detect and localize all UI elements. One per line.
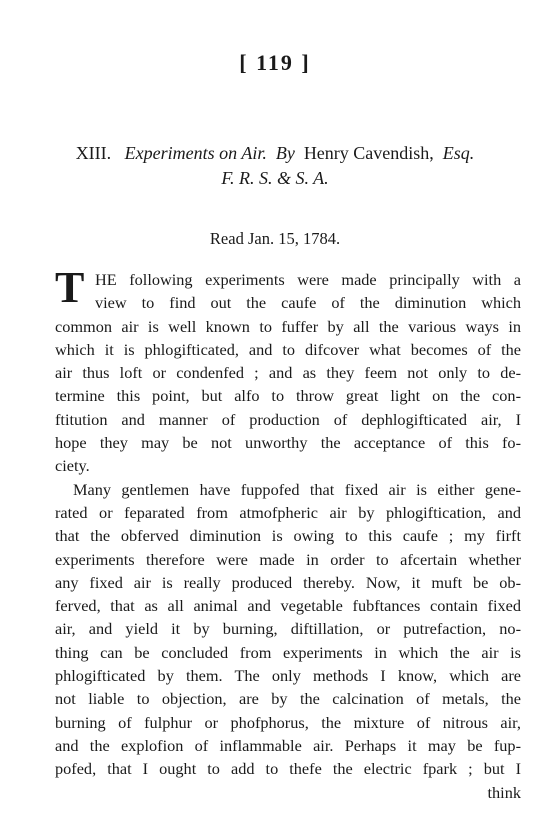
article-title: Experiments on Air.: [125, 143, 267, 163]
text-line: hope they may be not unworthy the accept…: [55, 431, 521, 454]
text-line: HE following experiments were made princ…: [55, 268, 521, 291]
text-line: air thus loft or condenfed ; and as they…: [55, 361, 521, 384]
text-line: thing can be concluded from experiments …: [55, 641, 521, 664]
text-line: view to find out the caufe of the diminu…: [55, 291, 521, 314]
body-text: HE following experiments were made princ…: [55, 268, 521, 804]
text-line: ferved, that as all animal and vegetable…: [55, 594, 521, 617]
text-line: experiments therefore were made in order…: [55, 548, 521, 571]
text-line: not liable to objection, are by the calc…: [55, 687, 521, 710]
text-line: which it is phlogifticated, and to difco…: [55, 338, 521, 361]
text-line: any fixed air is really produced thereby…: [55, 571, 521, 594]
text-line: rated or feparated from atmofpheric air …: [55, 501, 521, 524]
text-line: air, and yield it by burning, diftillati…: [55, 617, 521, 640]
text-line: that the obferved diminution is owing to…: [55, 524, 521, 547]
page-number: [ 119 ]: [0, 50, 550, 76]
article-heading: XIII. Experiments on Air. By Henry Caven…: [0, 141, 550, 191]
article-number: XIII.: [76, 143, 111, 163]
text-line: phlogifticated by them. The only methods…: [55, 664, 521, 687]
author-name: Henry Cavendish,: [304, 143, 434, 163]
by-word: By: [276, 143, 295, 163]
text-line: burning of fulphur or phofphorus, the mi…: [55, 711, 521, 734]
text-line: pofed, that I ought to add to thefe the …: [55, 757, 521, 780]
catchword: think: [55, 781, 521, 804]
title-line-1: XIII. Experiments on Air. By Henry Caven…: [0, 141, 550, 166]
author-suffix: Esq.: [443, 143, 475, 163]
text-line: termine this point, but alfo to throw gr…: [55, 384, 521, 407]
read-date: Read Jan. 15, 1784.: [0, 229, 550, 249]
text-line: common air is well known to fuffer by al…: [55, 315, 521, 338]
author-credentials: F. R. S. & S. A.: [0, 166, 550, 191]
text-line: Many gentlemen have fuppofed that fixed …: [55, 478, 521, 501]
text-line: and the explofion of inflammable air. Pe…: [55, 734, 521, 757]
text-line: ciety.: [55, 454, 521, 477]
text-line: ftitution and manner of production of de…: [55, 408, 521, 431]
